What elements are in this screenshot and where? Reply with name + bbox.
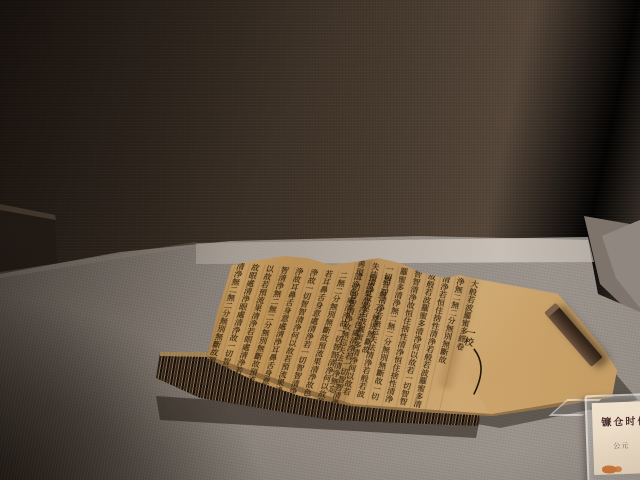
label-title: 镰仓时代: [601, 412, 640, 429]
label-subtitle: 公元: [613, 440, 640, 452]
label-card: 镰仓时代 公元: [592, 401, 640, 475]
acrylic-label-stand: 镰仓时代 公元: [584, 393, 640, 480]
label-orange-mark: [614, 466, 622, 472]
